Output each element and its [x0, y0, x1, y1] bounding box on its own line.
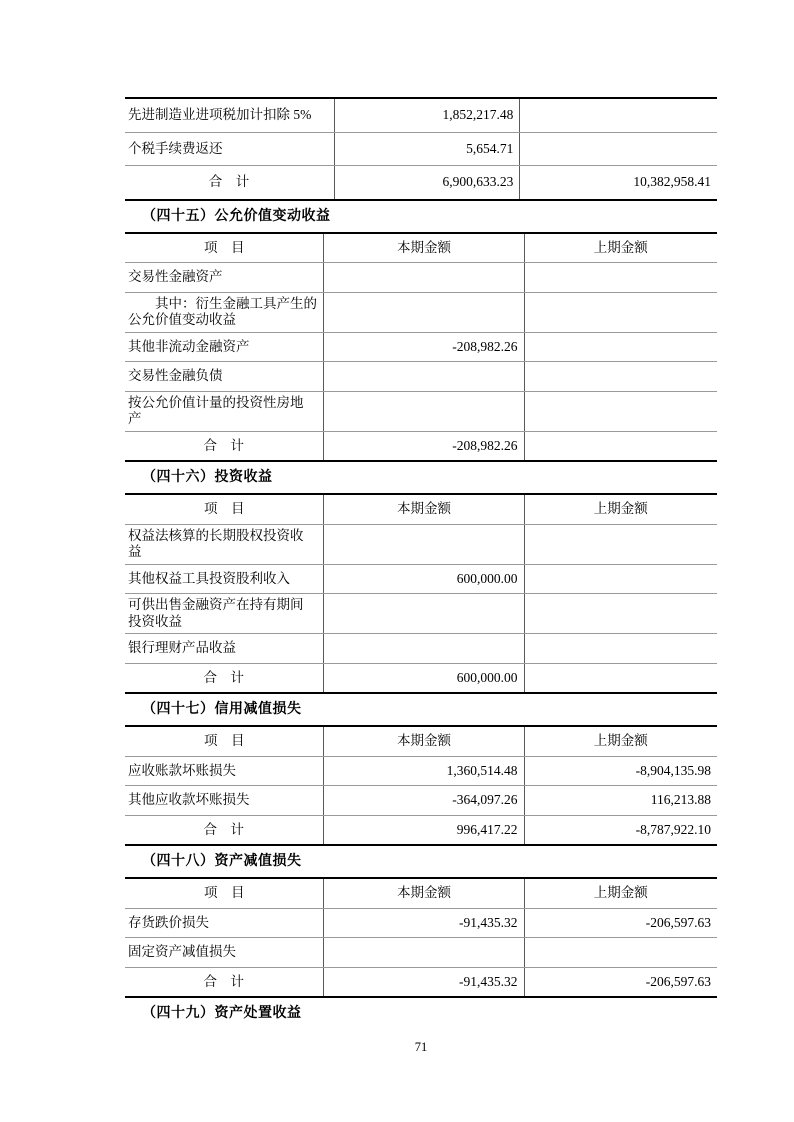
col-header-current: 本期金额	[324, 233, 524, 263]
row-label: 固定资产减值损失	[125, 938, 324, 968]
col-header-current: 本期金额	[324, 878, 524, 908]
row-current-amount	[324, 524, 524, 564]
document-page: 先进制造业进项税加计扣除 5% 1,852,217.48 个税手续费返还 5,6…	[0, 0, 794, 1122]
row-label: 其他权益工具投资股利收入	[125, 564, 324, 594]
row-label: 其中：衍生金融工具产生的 公允价值变动收益	[125, 292, 324, 332]
row-label: 合 计	[125, 967, 324, 997]
row-current-amount: -364,097.26	[324, 786, 524, 816]
row-label: 存货跌价损失	[125, 908, 324, 938]
table-header-row: 项 目 本期金额 上期金额	[125, 878, 717, 908]
table-row: 权益法核算的长期股权投资收 益	[125, 524, 717, 564]
row-current-amount: -91,435.32	[324, 908, 524, 938]
row-label: 交易性金融资产	[125, 263, 324, 293]
row-current-amount: -208,982.26	[324, 332, 524, 362]
row-label: 权益法核算的长期股权投资收 益	[125, 524, 324, 564]
row-prior-amount: -8,787,922.10	[524, 815, 717, 845]
financial-table: 项 目 本期金额 上期金额 存货跌价损失 -91,435.32 -206,597…	[125, 877, 717, 998]
financial-table: 先进制造业进项税加计扣除 5% 1,852,217.48 个税手续费返还 5,6…	[125, 97, 717, 201]
report-section: （四十七）信用减值损失 项 目 本期金额 上期金额 应收账款坏账损失 1,360…	[125, 701, 717, 846]
row-prior-amount	[524, 431, 717, 461]
row-label: 其他应收款坏账损失	[125, 786, 324, 816]
row-prior-amount	[524, 564, 717, 594]
row-label: 可供出售金融资产在持有期间 投资收益	[125, 594, 324, 634]
col-header-prior: 上期金额	[524, 878, 717, 908]
row-prior-amount	[524, 263, 717, 293]
row-current-amount: 600,000.00	[324, 564, 524, 594]
financial-table: 项 目 本期金额 上期金额 应收账款坏账损失 1,360,514.48 -8,9…	[125, 725, 717, 846]
row-prior-amount	[524, 663, 717, 693]
report-section: （四十五）公允价值变动收益 项 目 本期金额 上期金额 交易性金融资产 其中：衍…	[125, 208, 717, 463]
row-current-amount	[324, 594, 524, 634]
table-row: 合 计 -91,435.32 -206,597.63	[125, 967, 717, 997]
section-heading: （四十七）信用减值损失	[142, 701, 717, 718]
table-row: 银行理财产品收益	[125, 634, 717, 664]
row-label: 合 计	[125, 815, 324, 845]
row-label: 先进制造业进项税加计扣除 5%	[125, 98, 335, 132]
table-row: 合 计 -208,982.26	[125, 431, 717, 461]
row-current-amount: -91,435.32	[324, 967, 524, 997]
row-prior-amount	[524, 524, 717, 564]
row-current-amount	[324, 292, 524, 332]
row-label: 合 计	[125, 166, 335, 200]
row-current-amount	[324, 263, 524, 293]
row-prior-amount	[524, 362, 717, 392]
table-row: 个税手续费返还 5,654.71	[125, 132, 717, 166]
row-label: 交易性金融负债	[125, 362, 324, 392]
row-prior-amount	[524, 292, 717, 332]
row-label: 应收账款坏账损失	[125, 756, 324, 786]
row-current-amount	[324, 362, 524, 392]
row-prior-amount: -206,597.63	[524, 967, 717, 997]
row-prior-amount: 10,382,958.41	[520, 166, 717, 200]
col-header-prior: 上期金额	[524, 494, 717, 524]
row-prior-amount	[524, 391, 717, 431]
col-header-prior: 上期金额	[524, 726, 717, 756]
row-prior-amount: 116,213.88	[524, 786, 717, 816]
row-current-amount	[324, 938, 524, 968]
col-header-prior: 上期金额	[524, 233, 717, 263]
col-header-item: 项 目	[125, 726, 324, 756]
row-current-amount: 1,360,514.48	[324, 756, 524, 786]
row-prior-amount	[520, 98, 717, 132]
table-row: 存货跌价损失 -91,435.32 -206,597.63	[125, 908, 717, 938]
row-current-amount: 1,852,217.48	[335, 98, 520, 132]
table-header-row: 项 目 本期金额 上期金额	[125, 494, 717, 524]
report-section: （四十八）资产减值损失 项 目 本期金额 上期金额 存货跌价损失 -91,435…	[125, 853, 717, 998]
col-header-current: 本期金额	[324, 726, 524, 756]
row-prior-amount: -8,904,135.98	[524, 756, 717, 786]
table-row: 合 计 600,000.00	[125, 663, 717, 693]
report-section: 先进制造业进项税加计扣除 5% 1,852,217.48 个税手续费返还 5,6…	[125, 97, 717, 201]
row-prior-amount	[524, 634, 717, 664]
table-row: 其他非流动金融资产 -208,982.26	[125, 332, 717, 362]
section-heading: （四十九）资产处置收益	[142, 1005, 717, 1022]
row-label: 其他非流动金融资产	[125, 332, 324, 362]
table-row: 先进制造业进项税加计扣除 5% 1,852,217.48	[125, 98, 717, 132]
row-label: 合 计	[125, 663, 324, 693]
row-prior-amount	[520, 132, 717, 166]
row-prior-amount	[524, 938, 717, 968]
table-row: 合 计 6,900,633.23 10,382,958.41	[125, 166, 717, 200]
row-label: 银行理财产品收益	[125, 634, 324, 664]
row-prior-amount	[524, 594, 717, 634]
page-number: 71	[125, 1040, 717, 1055]
row-current-amount: -208,982.26	[324, 431, 524, 461]
row-current-amount: 996,417.22	[324, 815, 524, 845]
row-current-amount: 6,900,633.23	[335, 166, 520, 200]
row-label: 个税手续费返还	[125, 132, 335, 166]
table-row: 其他权益工具投资股利收入 600,000.00	[125, 564, 717, 594]
document-content: 先进制造业进项税加计扣除 5% 1,852,217.48 个税手续费返还 5,6…	[125, 97, 717, 1029]
row-label: 合 计	[125, 431, 324, 461]
table-row: 按公允价值计量的投资性房地 产	[125, 391, 717, 431]
report-section: （四十六）投资收益 项 目 本期金额 上期金额 权益法核算的长期股权投资收 益 …	[125, 469, 717, 694]
section-heading: （四十五）公允价值变动收益	[142, 208, 717, 225]
col-header-current: 本期金额	[324, 494, 524, 524]
row-prior-amount	[524, 332, 717, 362]
financial-table: 项 目 本期金额 上期金额 交易性金融资产 其中：衍生金融工具产生的 公允价值变…	[125, 232, 717, 463]
col-header-item: 项 目	[125, 494, 324, 524]
table-row: 应收账款坏账损失 1,360,514.48 -8,904,135.98	[125, 756, 717, 786]
table-row: 交易性金融资产	[125, 263, 717, 293]
row-label: 按公允价值计量的投资性房地 产	[125, 391, 324, 431]
financial-table: 项 目 本期金额 上期金额 权益法核算的长期股权投资收 益 其他权益工具投资股利…	[125, 493, 717, 694]
table-row: 其中：衍生金融工具产生的 公允价值变动收益	[125, 292, 717, 332]
section-heading: （四十六）投资收益	[142, 469, 717, 486]
table-row: 其他应收款坏账损失 -364,097.26 116,213.88	[125, 786, 717, 816]
row-prior-amount: -206,597.63	[524, 908, 717, 938]
table-row: 交易性金融负债	[125, 362, 717, 392]
row-current-amount	[324, 634, 524, 664]
row-current-amount: 5,654.71	[335, 132, 520, 166]
col-header-item: 项 目	[125, 878, 324, 908]
col-header-item: 项 目	[125, 233, 324, 263]
report-section: （四十九）资产处置收益	[125, 1005, 717, 1022]
row-current-amount: 600,000.00	[324, 663, 524, 693]
section-heading: （四十八）资产减值损失	[142, 853, 717, 870]
table-row: 固定资产减值损失	[125, 938, 717, 968]
table-header-row: 项 目 本期金额 上期金额	[125, 233, 717, 263]
table-row: 可供出售金融资产在持有期间 投资收益	[125, 594, 717, 634]
table-row: 合 计 996,417.22 -8,787,922.10	[125, 815, 717, 845]
row-current-amount	[324, 391, 524, 431]
table-header-row: 项 目 本期金额 上期金额	[125, 726, 717, 756]
